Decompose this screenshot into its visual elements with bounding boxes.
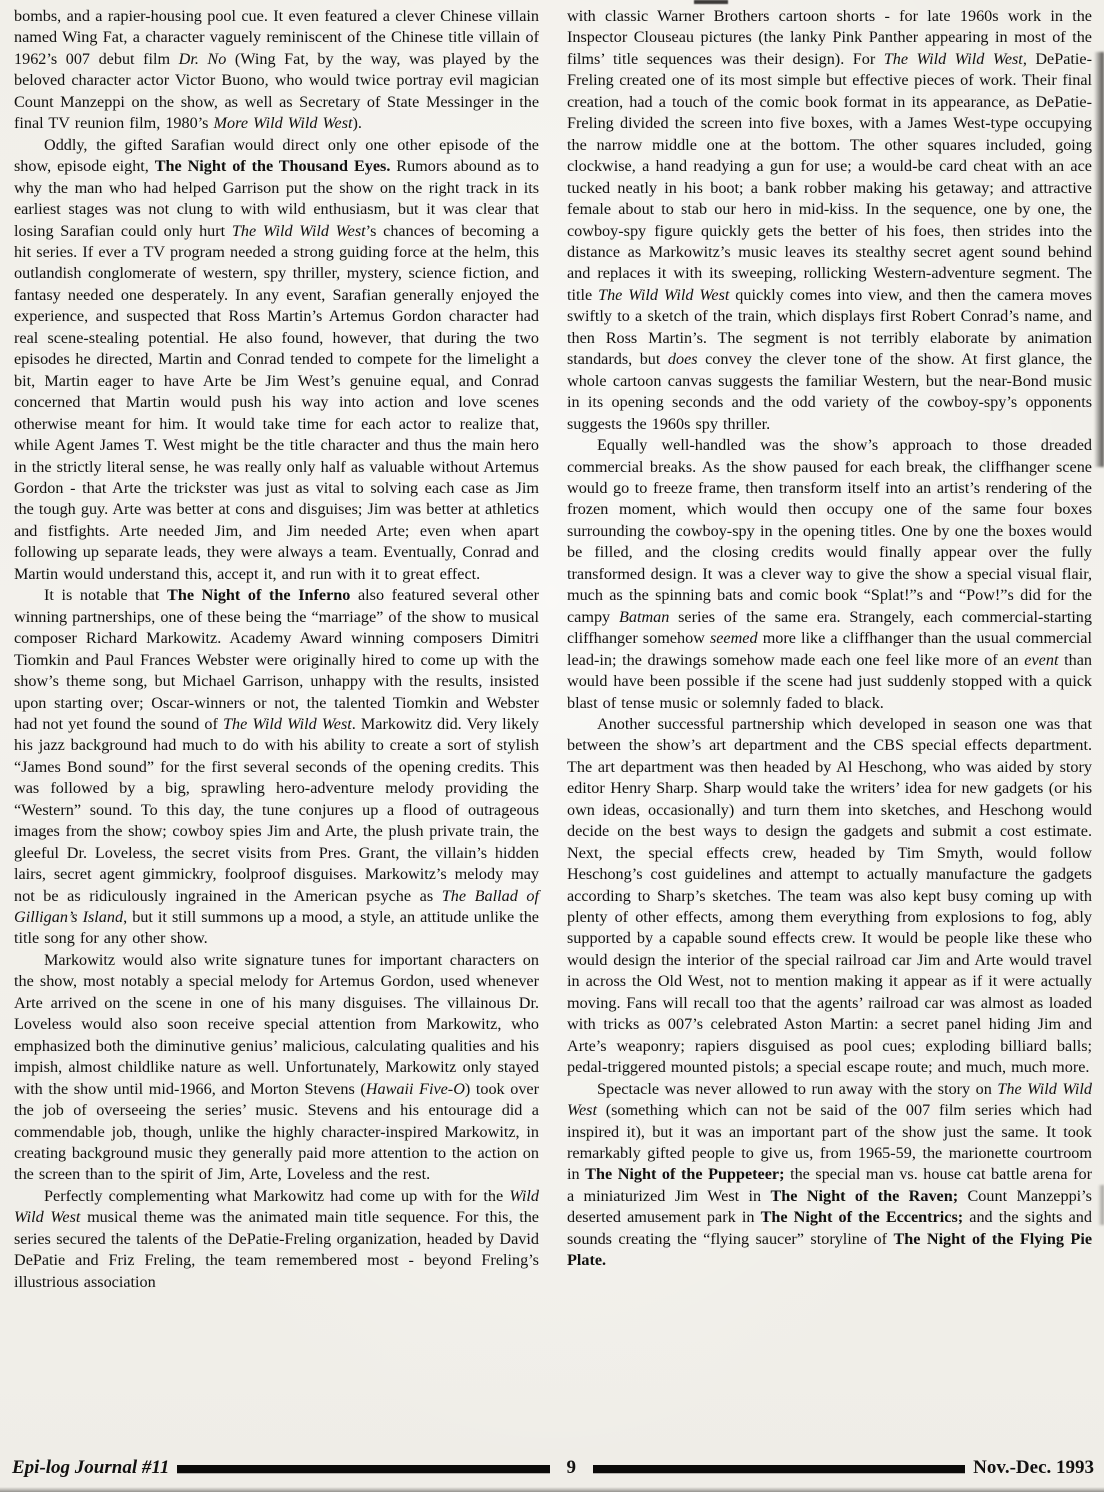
paragraph: Oddly, the gifted Sarafian would direct …	[14, 135, 539, 586]
article-column-right: with classic Warner Brothers cartoon sho…	[567, 6, 1092, 1293]
footer-rule-right	[593, 1465, 965, 1473]
text-run: Equally well-handled was the show’s appr…	[567, 436, 1092, 626]
styled-text-run: The Wild Wild West	[884, 50, 1023, 68]
journal-title: Epi-log Journal #11	[12, 1457, 169, 1479]
paragraph: Perfectly complementing what Markowitz h…	[14, 1186, 539, 1293]
paragraph: Markowitz would also write signature tun…	[14, 950, 539, 1186]
text-run: also featured several other winning part…	[14, 586, 539, 733]
styled-text-run: The Wild Wild West	[598, 286, 729, 304]
paragraph: with classic Warner Brothers cartoon sho…	[567, 6, 1092, 435]
styled-text-run: More Wild Wild West	[214, 114, 353, 132]
page-number: 9	[558, 1457, 586, 1479]
text-run: , DePatie-Freling created one of its mos…	[567, 50, 1092, 304]
styled-text-run: The Wild Wild West	[232, 222, 366, 240]
issue-date: Nov.-Dec. 1993	[973, 1457, 1094, 1479]
styled-text-run: Hawaii Five-O	[366, 1080, 465, 1098]
styled-text-run: Dr. No	[179, 50, 227, 68]
styled-text-run: The Night of the Eccentrics;	[761, 1208, 964, 1226]
text-run: Another successful partnership which dev…	[567, 715, 1092, 1076]
paragraph: bombs, and a rapier-housing pool cue. It…	[14, 6, 539, 135]
styled-text-run: seemed	[710, 629, 758, 647]
styled-text-run: The Night of the Inferno	[167, 586, 350, 604]
styled-text-run: Batman	[619, 608, 669, 626]
paragraph: Equally well-handled was the show’s appr…	[567, 435, 1092, 714]
text-run: musical theme was the animated main titl…	[14, 1208, 539, 1290]
page-footer: Epi-log Journal #11 9 Nov.-Dec. 1993	[12, 1456, 1094, 1480]
styled-text-run: event	[1024, 651, 1058, 669]
article-column-left: bombs, and a rapier-housing pool cue. It…	[14, 6, 539, 1293]
text-run: It is notable that	[44, 586, 167, 604]
styled-text-run: The Wild Wild West	[223, 715, 352, 733]
footer-rule-left	[177, 1465, 549, 1473]
text-run: ).	[353, 114, 362, 132]
paragraph: It is notable that The Night of the Infe…	[14, 585, 539, 950]
text-run: Spectacle was never allowed to run away …	[597, 1080, 997, 1098]
magazine-page: bombs, and a rapier-housing pool cue. It…	[0, 0, 1104, 1492]
text-run: Perfectly complementing what Markowitz h…	[44, 1187, 509, 1205]
article-columns: bombs, and a rapier-housing pool cue. It…	[0, 0, 1104, 1293]
styled-text-run: The Night of the Puppeteer;	[585, 1165, 784, 1183]
styled-text-run: The Night of the Thousand Eyes.	[155, 157, 391, 175]
text-run: . Markowitz did. Very likely his jazz ba…	[14, 715, 539, 905]
styled-text-run: does	[668, 350, 698, 368]
text-run: Markowitz would also write signature tun…	[14, 951, 539, 1098]
styled-text-run: The Night of the Raven;	[770, 1187, 958, 1205]
text-run: ’s chances of becoming a hit series. If …	[14, 222, 539, 583]
paragraph: Spectacle was never allowed to run away …	[567, 1079, 1092, 1272]
scan-artifact-bottom-edge	[0, 1487, 1104, 1492]
paragraph: Another successful partnership which dev…	[567, 714, 1092, 1079]
